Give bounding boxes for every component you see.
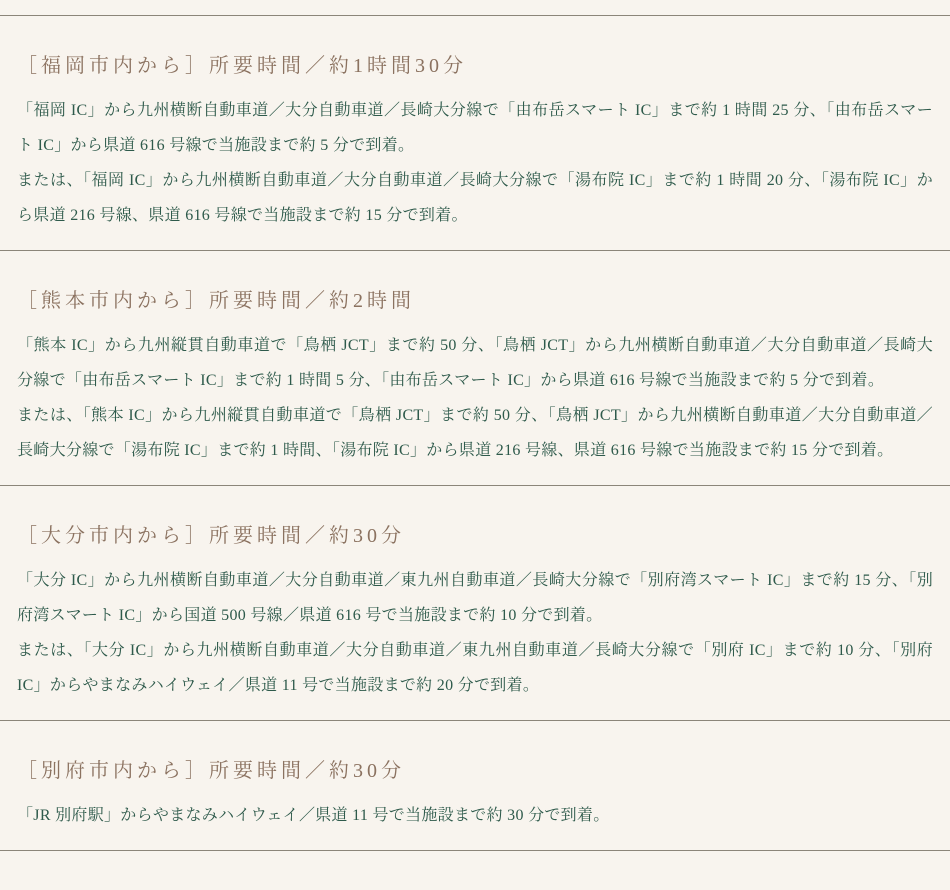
section-body-kumamoto: 「熊本 IC」から九州縦貫自動車道で「鳥栖 JCT」まで約 50 分、「鳥栖 J… (17, 328, 933, 468)
section-body-fukuoka: 「福岡 IC」から九州横断自動車道／大分自動車道／長崎大分線で「由布岳スマート … (17, 93, 933, 233)
access-info-page: ［福岡市内から］所要時間／約1時間30分 「福岡 IC」から九州横断自動車道／大… (0, 0, 950, 890)
section-title-fukuoka: ［福岡市内から］所要時間／約1時間30分 (17, 16, 933, 80)
section-body-oita: 「大分 IC」から九州横断自動車道／大分自動車道／東九州自動車道／長崎大分線で「… (17, 563, 933, 703)
route-paragraph: 「大分 IC」から九州横断自動車道／大分自動車道／東九州自動車道／長崎大分線で「… (17, 563, 933, 633)
section-body-beppu: 「JR 別府駅」からやまなみハイウェイ／県道 11 号で当施設まで約 30 分で… (17, 798, 933, 833)
route-paragraph: または、「大分 IC」から九州横断自動車道／大分自動車道／東九州自動車道／長崎大… (17, 633, 933, 703)
route-paragraph: 「JR 別府駅」からやまなみハイウェイ／県道 11 号で当施設まで約 30 分で… (17, 798, 933, 833)
route-paragraph: 「熊本 IC」から九州縦貫自動車道で「鳥栖 JCT」まで約 50 分、「鳥栖 J… (17, 328, 933, 398)
section-beppu: ［別府市内から］所要時間／約30分 「JR 別府駅」からやまなみハイウェイ／県道… (0, 721, 950, 850)
section-title-oita: ［大分市内から］所要時間／約30分 (17, 486, 933, 550)
section-kumamoto: ［熊本市内から］所要時間／約2時間 「熊本 IC」から九州縦貫自動車道で「鳥栖 … (0, 251, 950, 485)
section-divider-bottom (0, 850, 950, 851)
section-title-beppu: ［別府市内から］所要時間／約30分 (17, 721, 933, 785)
section-oita: ［大分市内から］所要時間／約30分 「大分 IC」から九州横断自動車道／大分自動… (0, 486, 950, 720)
route-paragraph: または、「熊本 IC」から九州縦貫自動車道で「鳥栖 JCT」まで約 50 分、「… (17, 398, 933, 468)
section-title-kumamoto: ［熊本市内から］所要時間／約2時間 (17, 251, 933, 315)
route-paragraph: 「福岡 IC」から九州横断自動車道／大分自動車道／長崎大分線で「由布岳スマート … (17, 93, 933, 163)
section-fukuoka: ［福岡市内から］所要時間／約1時間30分 「福岡 IC」から九州横断自動車道／大… (0, 16, 950, 250)
route-paragraph: または、「福岡 IC」から九州横断自動車道／大分自動車道／長崎大分線で「湯布院 … (17, 163, 933, 233)
